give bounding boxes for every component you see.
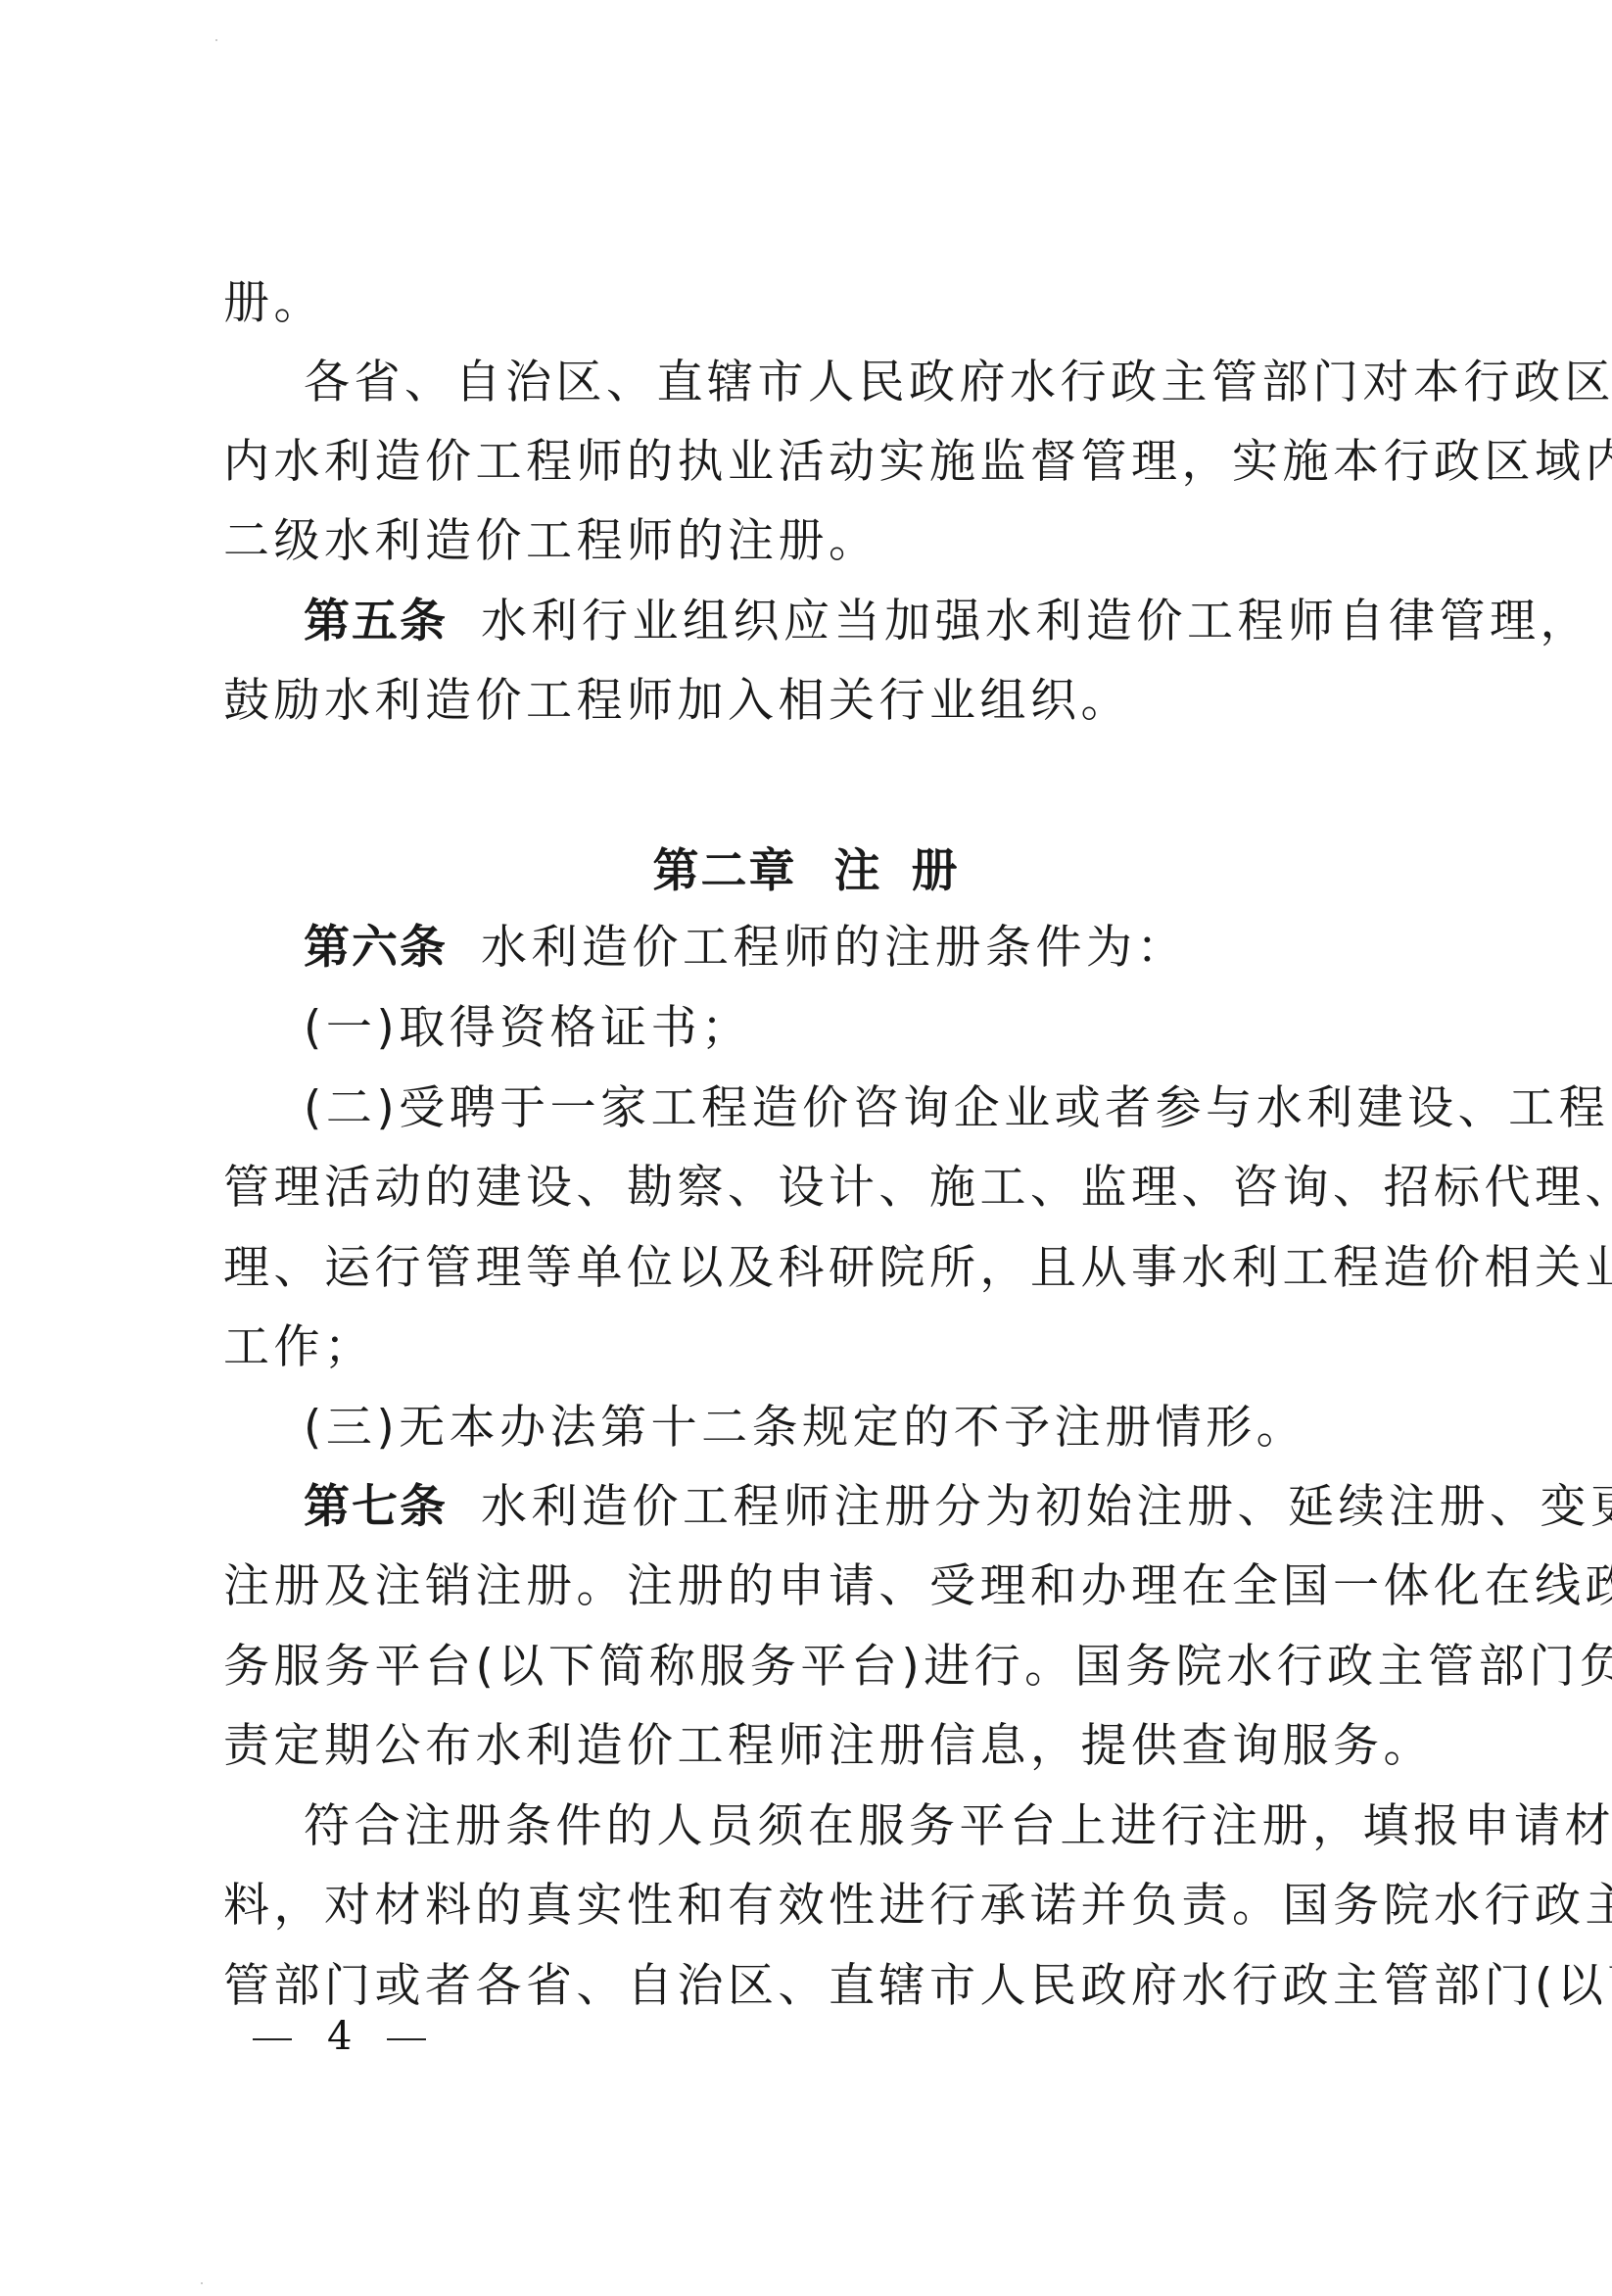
paragraph-line: 务服务平台(以下简称服务平台)进行。国务院水行政主管部门负 xyxy=(223,1638,1422,1697)
article-label: 第五条 xyxy=(304,595,448,648)
dash-left xyxy=(253,2038,292,2040)
dash-right xyxy=(387,2038,426,2040)
article-text: 水利行业组织应当加强水利造价工程师自律管理， xyxy=(481,595,1590,648)
paragraph-line: 理、运行管理等单位以及科研院所，且从事水利工程造价相关业务 xyxy=(223,1239,1422,1298)
paragraph-line: 鼓励水利造价工程师加入相关行业组织。 xyxy=(223,672,1422,731)
paragraph-line: 管理活动的建设、勘察、设计、施工、监理、咨询、招标代理、造价管 xyxy=(223,1159,1422,1218)
chapter-heading: 第二章注册 xyxy=(0,842,1612,901)
article-text: 水利造价工程师注册分为初始注册、延续注册、变更 xyxy=(481,1480,1612,1534)
article-label: 第六条 xyxy=(304,921,448,975)
chapter-number: 第二章 xyxy=(653,844,797,898)
page-number-value: 4 xyxy=(327,2014,352,2059)
paragraph-line: 工作； xyxy=(223,1318,1422,1377)
article-7-first-line: 第七条水利造价工程师注册分为初始注册、延续注册、变更 xyxy=(304,1478,1422,1537)
paragraph-line: 管部门或者各省、自治区、直辖市人民政府水行政主管部门(以下 xyxy=(223,1957,1422,2016)
paragraph-line: 各省、自治区、直辖市人民政府水行政主管部门对本行政区域 xyxy=(304,354,1422,412)
scan-speck xyxy=(201,2282,203,2284)
list-item: (一)取得资格证书； xyxy=(304,999,1422,1058)
page-number: 4 xyxy=(253,2014,426,2059)
document-page: 册。 各省、自治区、直辖市人民政府水行政主管部门对本行政区域 内水利造价工程师的… xyxy=(0,0,1612,2296)
list-item: (三)无本办法第十二条规定的不予注册情形。 xyxy=(304,1399,1422,1458)
article-6-first-line: 第六条水利造价工程师的注册条件为： xyxy=(304,919,1422,978)
paragraph-line: 料，对材料的真实性和有效性进行承诺并负责。国务院水行政主 xyxy=(223,1877,1422,1936)
paragraph-line: 内水利造价工程师的执业活动实施监督管理，实施本行政区域内 xyxy=(223,433,1422,492)
paragraph-line: 符合注册条件的人员须在服务平台上进行注册，填报申请材 xyxy=(304,1797,1422,1856)
paragraph-line: 册。 xyxy=(223,274,1422,333)
list-item: (二)受聘于一家工程造价咨询企业或者参与水利建设、工程 xyxy=(304,1079,1422,1138)
paragraph-line: 注册及注销注册。注册的申请、受理和办理在全国一体化在线政 xyxy=(223,1557,1422,1616)
paragraph-line: 责定期公布水利造价工程师注册信息，提供查询服务。 xyxy=(223,1717,1422,1776)
article-label: 第七条 xyxy=(304,1480,448,1534)
article-text: 水利造价工程师的注册条件为： xyxy=(481,921,1187,975)
paragraph-line: 二级水利造价工程师的注册。 xyxy=(223,512,1422,571)
scan-speck xyxy=(215,39,217,41)
chapter-title-char: 注 xyxy=(834,844,882,898)
article-5-first-line: 第五条水利行业组织应当加强水利造价工程师自律管理， xyxy=(304,593,1422,651)
chapter-title-char: 册 xyxy=(912,844,960,898)
